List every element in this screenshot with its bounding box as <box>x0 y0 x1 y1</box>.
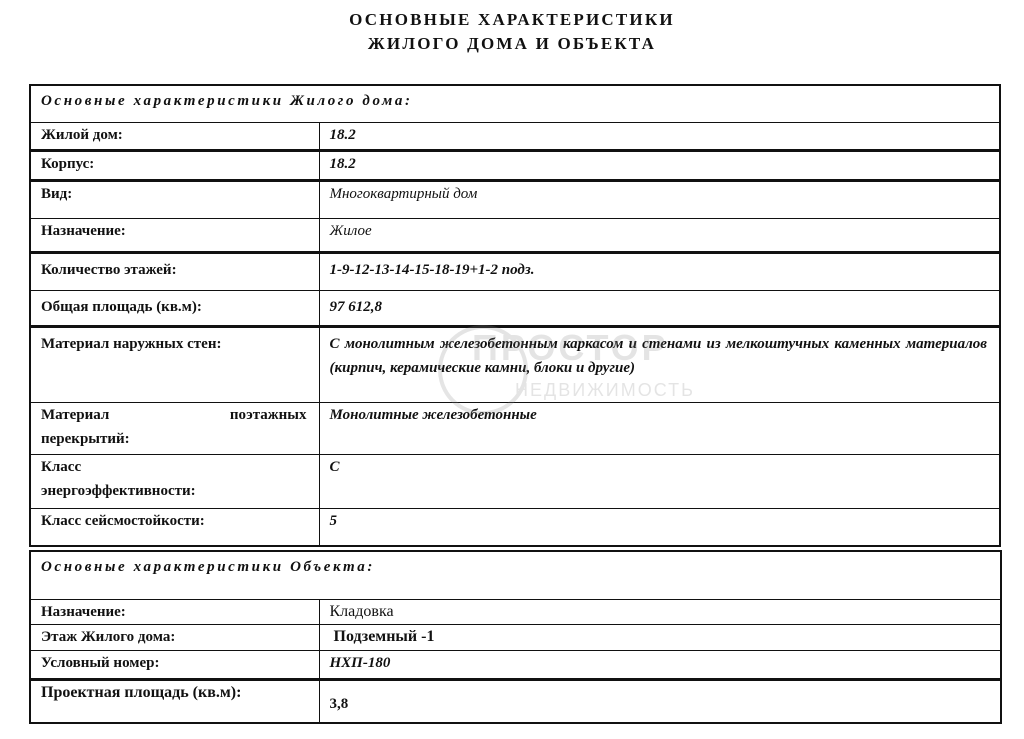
row-value: Жилое <box>319 218 1000 252</box>
row-label: Условный номер: <box>30 650 319 679</box>
row-value: 97 612,8 <box>319 290 1000 326</box>
table-row: Вид: Многоквартирный дом <box>30 180 1000 218</box>
row-value: С монолитным железобетонным каркасом и с… <box>319 326 1000 402</box>
building-characteristics-table: Основные характеристики Жилого дома: Жил… <box>29 84 1001 547</box>
row-label: Проектная площадь (кв.м): <box>30 679 319 723</box>
row-label-line-1: Материал поэтажных <box>41 403 319 427</box>
table-row: Назначение: Жилое <box>30 218 1000 252</box>
row-label: Назначение: <box>30 599 319 624</box>
document-title: ОСНОВНЫЕ ХАРАКТЕРИСТИКИ ЖИЛОГО ДОМА И ОБ… <box>0 8 1024 56</box>
building-section-header-row: Основные характеристики Жилого дома: <box>30 85 1000 122</box>
row-value: Многоквартирный дом <box>319 180 1000 218</box>
table-row: Жилой дом: 18.2 <box>30 122 1000 150</box>
table-row: Класс сейсмостойкости: 5 <box>30 508 1000 546</box>
row-label: Материал поэтажных перекрытий: <box>30 402 319 454</box>
row-label-line-2: перекрытий: <box>41 427 319 451</box>
row-label: Материал наружных стен: <box>30 326 319 402</box>
row-label: Назначение: <box>30 218 319 252</box>
row-label: Корпус: <box>30 150 319 180</box>
table-row: Общая площадь (кв.м): 97 612,8 <box>30 290 1000 326</box>
table-row: Назначение: Кладовка <box>30 599 1001 624</box>
row-label: Класс энергоэффективности: <box>30 454 319 508</box>
row-value: Монолитные железобетонные <box>319 402 1000 454</box>
row-label-line-2: энергоэффективности: <box>41 479 319 503</box>
row-label: Этаж Жилого дома: <box>30 624 319 650</box>
table-row: Материал наружных стен: С монолитным жел… <box>30 326 1000 402</box>
row-value: Подземный -1 <box>319 624 1001 650</box>
row-label: Класс сейсмостойкости: <box>30 508 319 546</box>
row-label: Количество этажей: <box>30 252 319 290</box>
table-row: Условный номер: НХП-180 <box>30 650 1001 679</box>
table-row: Проектная площадь (кв.м): 3,8 <box>30 679 1001 723</box>
row-value: С <box>319 454 1000 508</box>
row-label: Общая площадь (кв.м): <box>30 290 319 326</box>
row-value: 5 <box>319 508 1000 546</box>
row-value: 3,8 <box>319 679 1001 723</box>
building-section-header: Основные характеристики Жилого дома: <box>30 85 1000 122</box>
row-value: 1-9-12-13-14-15-18-19+1-2 подз. <box>319 252 1000 290</box>
table-row: Этаж Жилого дома: Подземный -1 <box>30 624 1001 650</box>
object-section-header: Основные характеристики Объекта: <box>30 551 1001 599</box>
table-row: Класс энергоэффективности: С <box>30 454 1000 508</box>
row-value: 18.2 <box>319 122 1000 150</box>
object-characteristics-table: Основные характеристики Объекта: Назначе… <box>29 550 1002 724</box>
row-value: 18.2 <box>319 150 1000 180</box>
table-row: Материал поэтажных перекрытий: Монолитны… <box>30 402 1000 454</box>
title-line-1: ОСНОВНЫЕ ХАРАКТЕРИСТИКИ <box>0 8 1024 32</box>
table-row: Количество этажей: 1-9-12-13-14-15-18-19… <box>30 252 1000 290</box>
row-label: Жилой дом: <box>30 122 319 150</box>
table-row: Корпус: 18.2 <box>30 150 1000 180</box>
title-line-2: ЖИЛОГО ДОМА И ОБЪЕКТА <box>0 32 1024 56</box>
row-value: Кладовка <box>319 599 1001 624</box>
object-section-header-row: Основные характеристики Объекта: <box>30 551 1001 599</box>
row-value: НХП-180 <box>319 650 1001 679</box>
row-label-line-1: Класс <box>41 455 319 479</box>
row-label: Вид: <box>30 180 319 218</box>
